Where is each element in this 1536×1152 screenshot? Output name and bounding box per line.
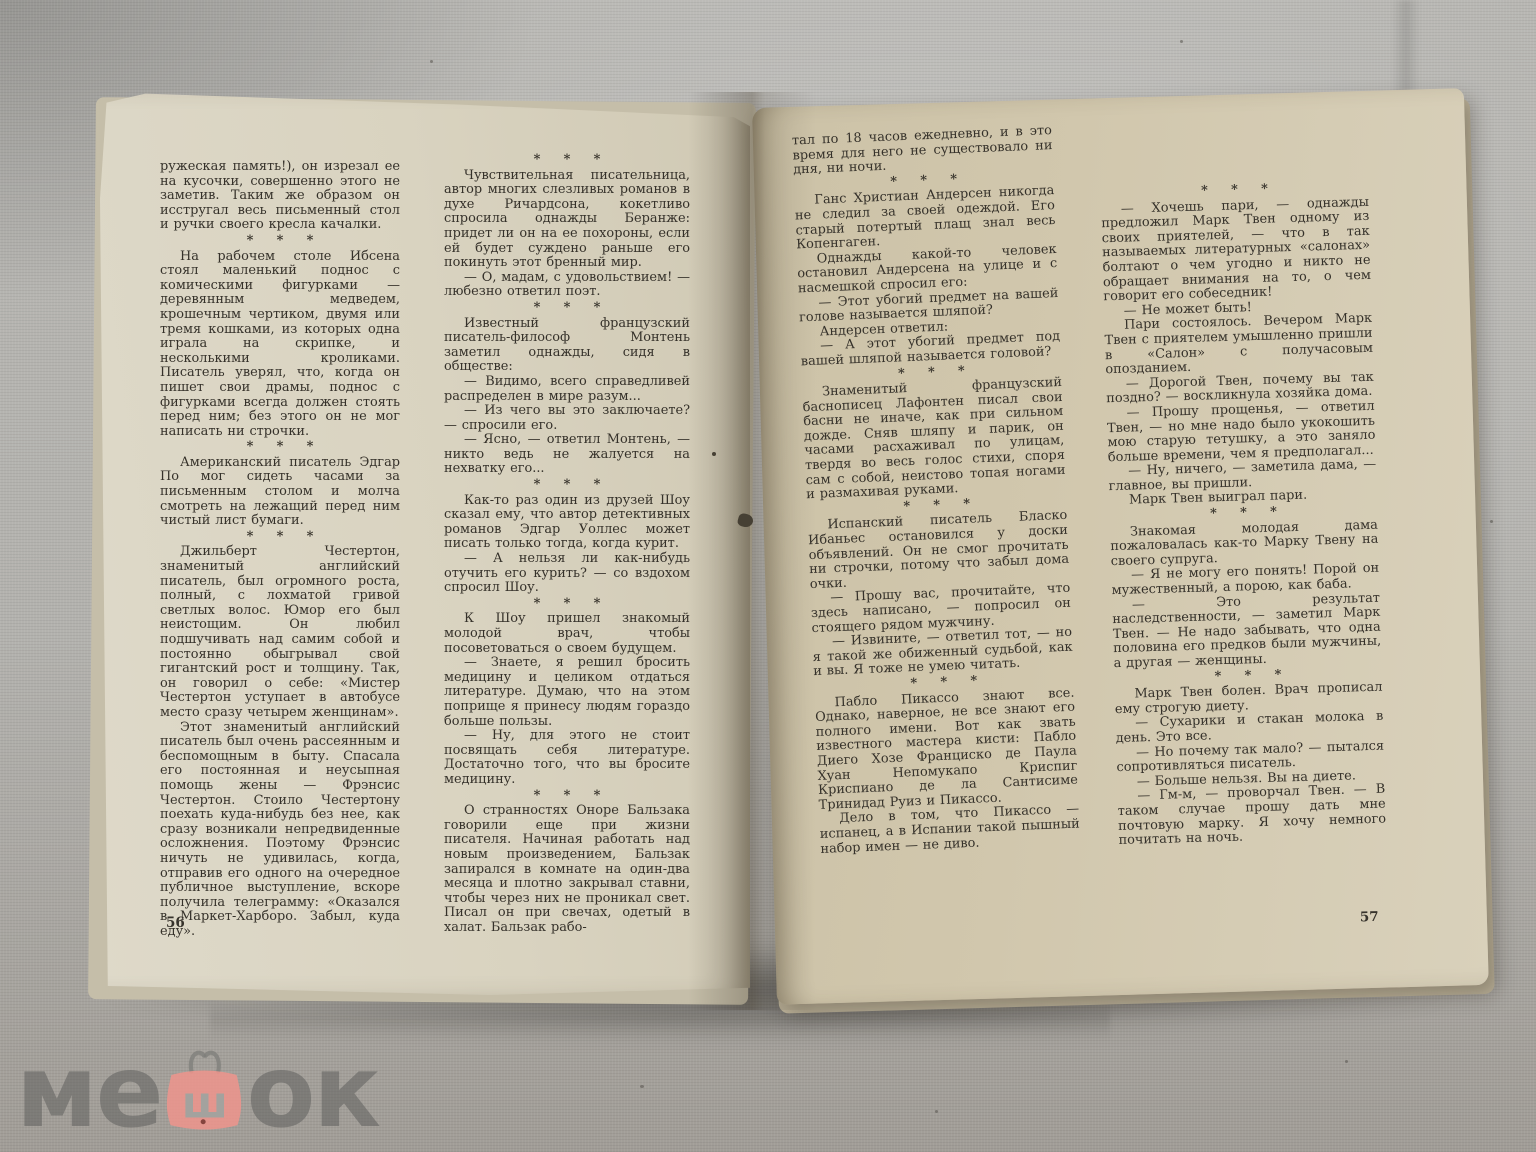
section-separator: * * * <box>444 478 690 493</box>
paragraph: — Видимо, всего справедливей распределен… <box>444 375 690 404</box>
paragraph: Американский писатель Эдгар По мог сидет… <box>160 456 400 529</box>
section-separator: * * * <box>444 301 690 316</box>
fabric-speck <box>1345 1060 1348 1063</box>
section-separator: * * * <box>444 597 690 612</box>
section-separator: * * * <box>160 530 400 545</box>
paragraph: — О, мадам, с удовольствием! — любезно о… <box>444 271 690 300</box>
section-separator: * * * <box>160 234 400 249</box>
paragraph: Испанский писатель Бласко Ибаньес остано… <box>807 509 1070 592</box>
paragraph: — Из чего вы это заключаете? — спросили … <box>444 404 690 433</box>
paragraph: Известный французский писатель-философ М… <box>444 317 690 375</box>
left-page: ружеская память!), он изрезал ее на кусо… <box>100 90 750 995</box>
section-separator: * * * <box>160 440 400 455</box>
watermark-meshok: ме ш ок <box>16 1042 379 1138</box>
fabric-speck <box>1490 520 1493 523</box>
paragraph: Как-то раз один из друзей Шоу сказал ему… <box>444 494 690 552</box>
paragraph: Дело в том, что Пикассо — испанец, а в И… <box>819 803 1081 857</box>
text-column-right-1: тал по 18 часов ежедневно, и в это время… <box>792 124 1085 952</box>
fabric-speck <box>430 60 433 63</box>
text-column-right-2: * * *— Хочешь пари, — однажды предложил … <box>1100 179 1389 950</box>
paragraph: ружеская память!), он изрезал ее на кусо… <box>160 160 400 233</box>
fabric-speck <box>935 1110 938 1113</box>
fabric-speck <box>1180 40 1183 43</box>
paragraph: — Ну, для этого не стоит посвящать себя … <box>444 729 690 787</box>
ink-spot-small <box>712 452 716 456</box>
section-separator: * * * <box>444 153 690 168</box>
paragraph: Этот знаменитый английский писатель был … <box>160 721 400 940</box>
shopping-bag-icon: ш <box>158 1042 250 1138</box>
section-separator: * * * <box>444 789 690 804</box>
watermark-bag-letter: ш <box>181 1079 226 1129</box>
paragraph: — Ясно, — ответил Монтень, — никто ведь … <box>444 433 690 477</box>
watermark-text-suffix: ок <box>247 1046 380 1138</box>
watermark-text-prefix: ме <box>16 1046 162 1138</box>
paragraph: Джильберт Честертон, знаменитый английск… <box>160 545 400 720</box>
text-column-left-2: * * *Чувствительная писательница, автор … <box>444 152 690 948</box>
paragraph: — Знаете, я решил бросить медицину и цел… <box>444 656 690 729</box>
paragraph: — Это результат наследственности, — заме… <box>1112 591 1382 671</box>
right-page: тал по 18 часов ежедневно, и в это время… <box>752 88 1489 1005</box>
page-number-right: 57 <box>1360 909 1379 926</box>
paragraph: — А нельзя ли как-нибудь отучить его кур… <box>444 552 690 596</box>
paragraph: Чувствительная писательница, автор многи… <box>444 169 690 271</box>
fabric-speck <box>640 1085 644 1088</box>
paragraph: — Гм-м, — проворчал Твен. — В таком случ… <box>1117 783 1387 849</box>
page-number-left: 56 <box>166 915 185 931</box>
paragraph: — Прошу прощенья, — ответил Твен, — но м… <box>1106 400 1376 466</box>
text-column-left-1: ружеская память!), он изрезал ее на кусо… <box>160 160 400 948</box>
paragraph: О странностях Оноре Бальзака говорили ещ… <box>444 804 690 935</box>
paragraph: — Хочешь пари, — однажды предложил Марк … <box>1101 195 1372 305</box>
paragraph: На рабочем столе Ибсена стоял маленький … <box>160 250 400 440</box>
paragraph: Пабло Пикассо знают все. Однако, наверно… <box>814 686 1078 813</box>
paragraph: Знаменитый французский баснописец Лафонт… <box>802 376 1066 503</box>
paragraph: К Шоу пришел знакомый молодой врач, чтоб… <box>444 612 690 656</box>
paragraph: Пари состоялось. Вечером Марк Твен с при… <box>1104 312 1374 378</box>
